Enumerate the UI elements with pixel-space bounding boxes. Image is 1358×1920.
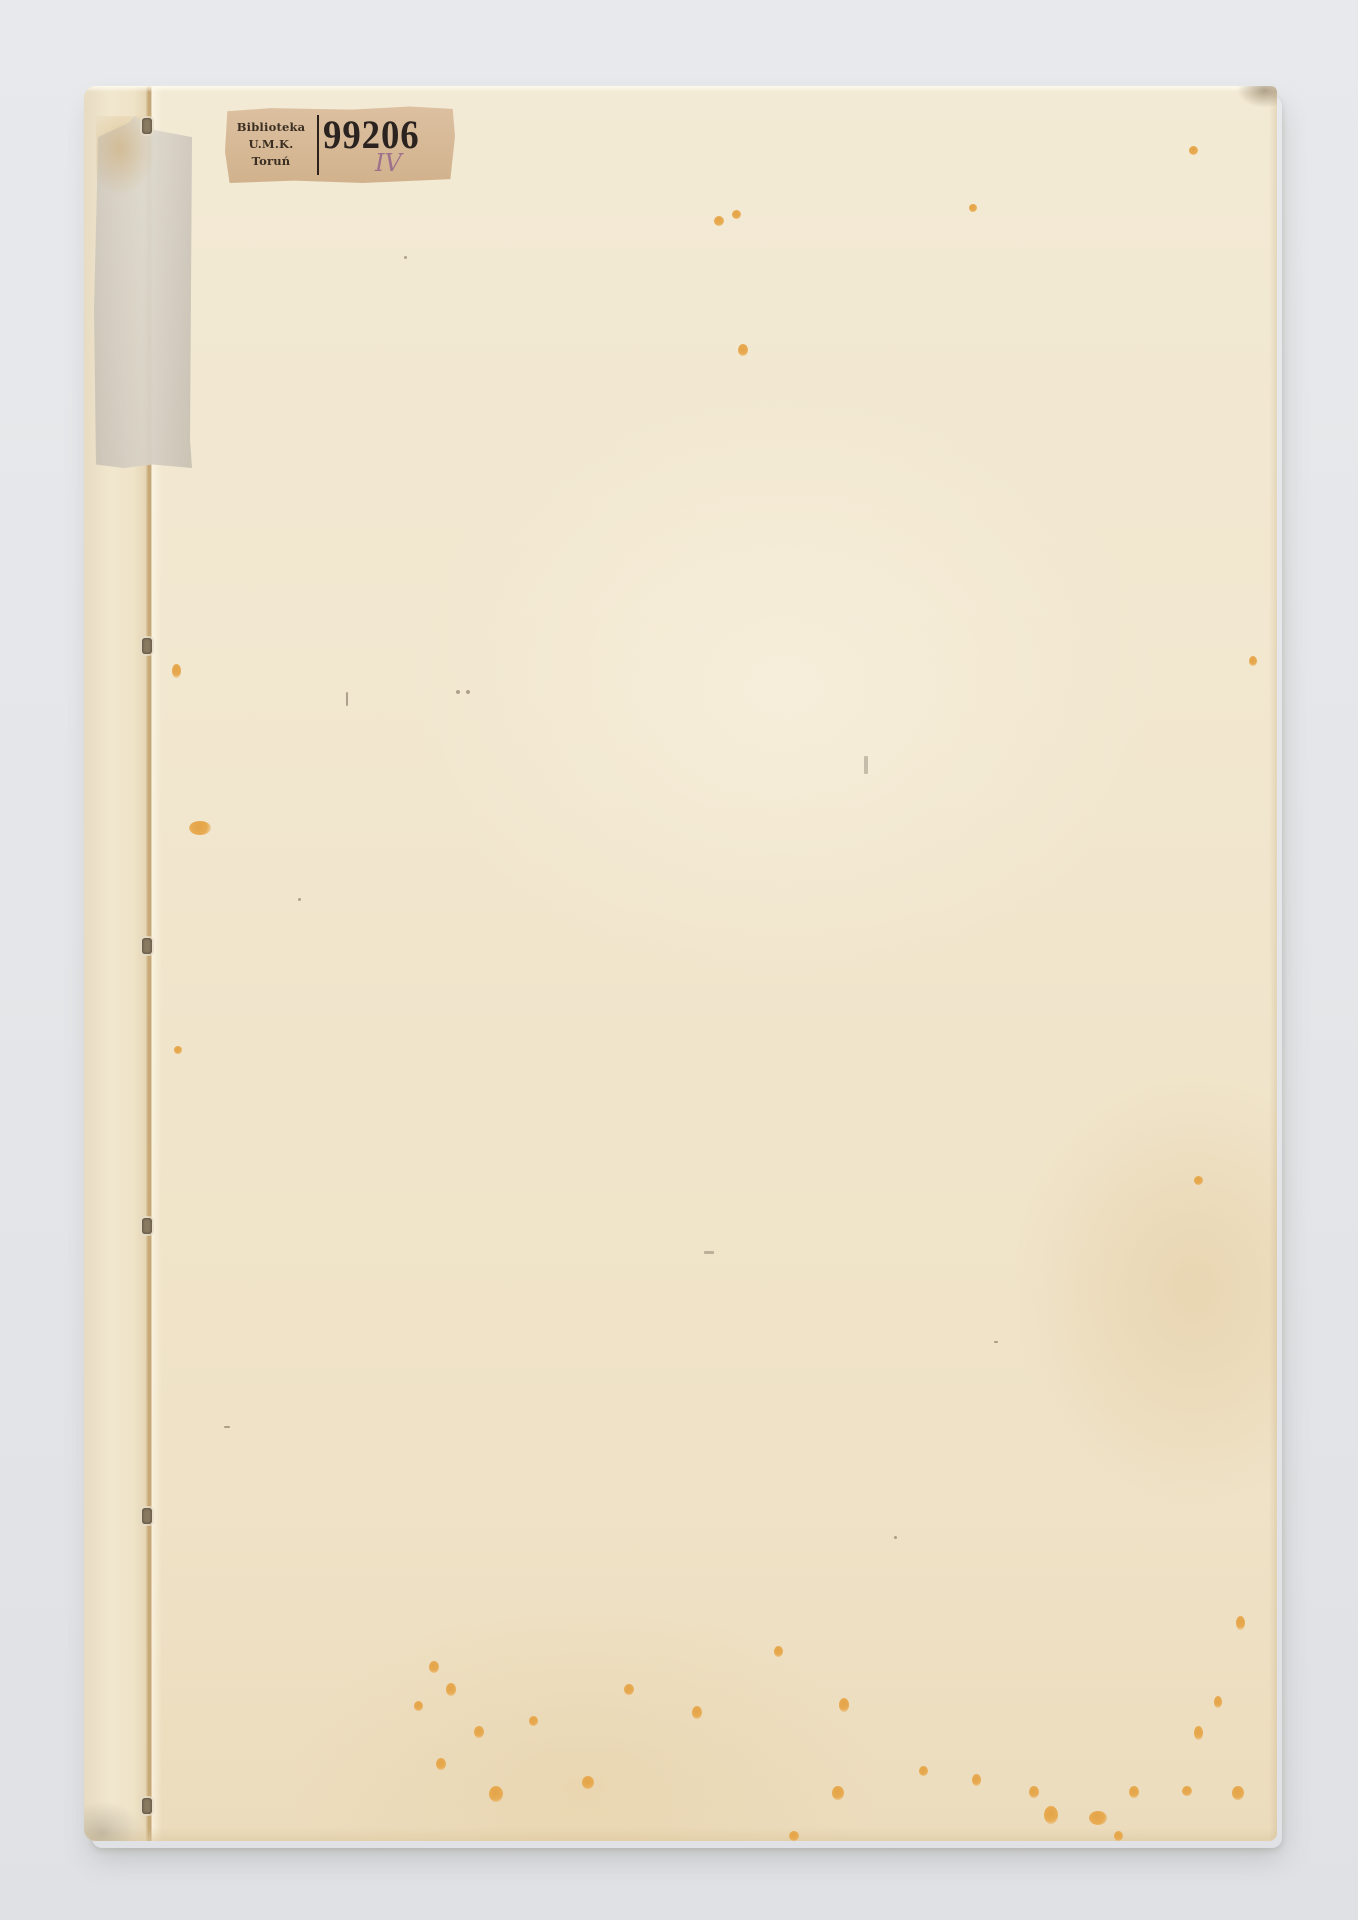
foxing-spot xyxy=(474,1726,484,1738)
foxing-spot xyxy=(1044,1806,1058,1824)
library-label: Biblioteka U.M.K. Toruń 99206 IV xyxy=(225,105,455,183)
label-line-library: Biblioteka xyxy=(237,120,306,134)
scuff-mark xyxy=(704,1251,714,1254)
foxing-spot xyxy=(1129,1786,1139,1798)
label-divider xyxy=(317,115,319,175)
foxing-spot xyxy=(839,1698,849,1712)
scuff-mark xyxy=(346,692,348,706)
foxing-spot xyxy=(1029,1786,1039,1798)
foxing-spot xyxy=(1249,656,1257,666)
foxing-spot xyxy=(732,210,741,219)
handwritten-note: IV xyxy=(375,149,402,177)
foxing-spot xyxy=(582,1776,594,1789)
foxing-spot xyxy=(1189,146,1198,155)
foxing-spot xyxy=(969,204,977,212)
label-line-city: Toruń xyxy=(252,154,291,168)
scuff-mark xyxy=(298,898,301,901)
foxing-spot xyxy=(414,1701,423,1711)
spine-stitch xyxy=(142,938,152,954)
foxing-spot xyxy=(692,1706,702,1719)
corner-wear-top-right xyxy=(1237,86,1277,108)
foxing-spot xyxy=(1194,1726,1203,1740)
foxing-spot xyxy=(1194,1176,1203,1185)
scuff-mark xyxy=(224,1426,230,1428)
foxing-spot xyxy=(1182,1786,1192,1796)
foxing-spot xyxy=(714,216,724,226)
foxing-spot xyxy=(738,344,748,356)
book-cover xyxy=(84,86,1277,1841)
spine-stitch xyxy=(142,638,152,654)
scuff-mark xyxy=(456,690,460,694)
spine-stitch xyxy=(142,1508,152,1524)
cover-right-edge xyxy=(1269,86,1277,1841)
foxing-spot xyxy=(436,1758,446,1770)
foxing-spot xyxy=(624,1684,634,1695)
label-institution: Biblioteka U.M.K. Toruń xyxy=(225,105,317,183)
foxing-spot xyxy=(789,1831,799,1841)
corner-wear-bottom-left xyxy=(84,1801,144,1841)
scuff-mark xyxy=(404,256,407,259)
foxing-spot xyxy=(1232,1786,1244,1800)
foxing-spot xyxy=(172,664,181,678)
foxing-spot xyxy=(174,1046,182,1054)
foxing-spot xyxy=(774,1646,783,1657)
scuff-mark xyxy=(864,756,868,774)
foxing-spot xyxy=(919,1766,928,1776)
scuff-mark xyxy=(894,1536,897,1539)
label-line-university: U.M.K. xyxy=(249,137,294,151)
cover-top-edge xyxy=(84,86,1277,92)
foxing-spot xyxy=(1114,1831,1123,1841)
foxing-spot xyxy=(1214,1696,1222,1708)
foxing-spot xyxy=(832,1786,844,1800)
spine-stitch xyxy=(142,118,152,134)
foxing-spot xyxy=(972,1774,981,1786)
shelf-number: 99206 xyxy=(323,113,420,157)
foxing-spot xyxy=(429,1661,439,1673)
foxing-spot xyxy=(189,821,211,835)
cover-bottom-edge xyxy=(84,1827,1277,1841)
scuff-mark xyxy=(466,690,470,694)
scuff-mark xyxy=(994,1341,998,1343)
foxing-spot xyxy=(529,1716,538,1726)
spine-stitch xyxy=(142,1218,152,1234)
foxing-spot xyxy=(446,1683,456,1696)
foxing-spot xyxy=(1236,1616,1245,1630)
foxing-spot xyxy=(489,1786,503,1802)
foxing-spot xyxy=(1089,1811,1107,1825)
